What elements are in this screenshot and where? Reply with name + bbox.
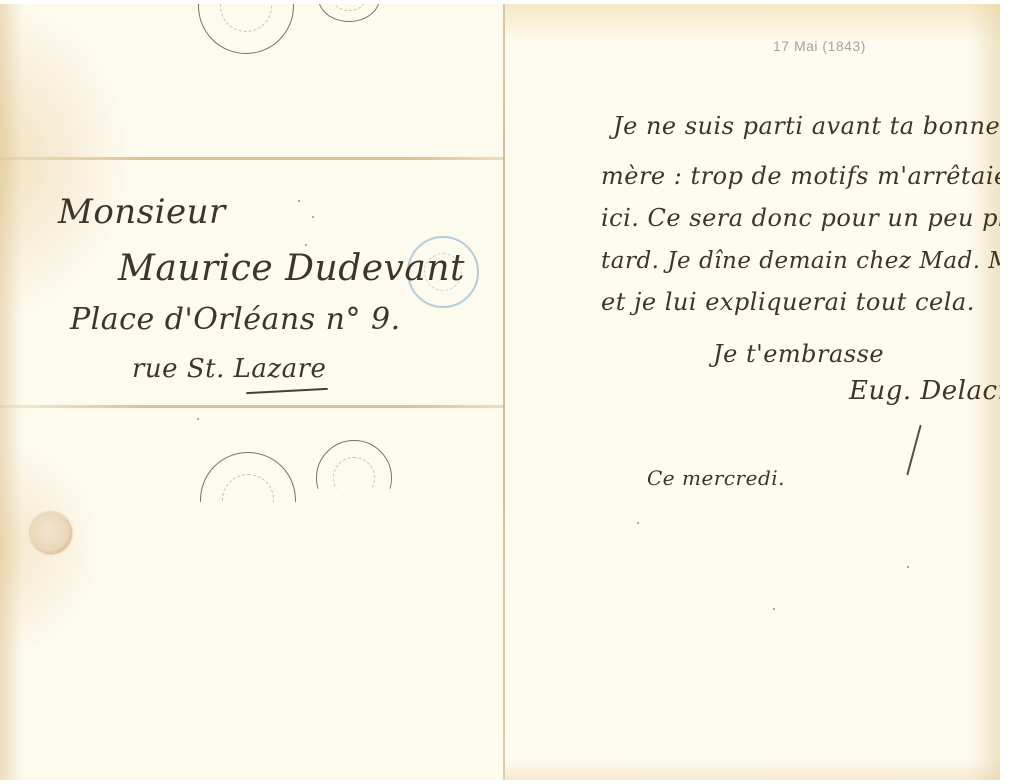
ink-speck: [305, 244, 307, 246]
letter-body-line-1: Je ne suis parti avant ta bonne: [613, 112, 1000, 140]
address-underline: [246, 388, 328, 394]
address-line-district: rue St. Lazare: [132, 354, 326, 384]
address-leaf: Monsieur Maurice Dudevant Place d'Orléan…: [0, 4, 505, 780]
letter-closing: Je t'embrasse: [713, 340, 884, 368]
letter-body-line-5: et je lui expliquerai tout cela.: [601, 288, 975, 316]
address-line-salutation: Monsieur: [58, 192, 226, 232]
ink-speck: [907, 566, 909, 568]
letter-body-line-4: tard. Je dîne demain chez Mad. Marliani: [601, 248, 1000, 274]
postmark-icon: [316, 440, 392, 516]
fold-line: [0, 405, 505, 408]
ink-speck: [773, 608, 775, 610]
signature-flourish: [906, 425, 921, 476]
ink-speck: [197, 418, 199, 420]
letter-body-line-3: ici. Ce sera donc pour un peu plus: [601, 204, 1000, 232]
ink-speck: [298, 200, 300, 202]
letter-dateline: Ce mercredi.: [647, 466, 785, 490]
archival-date: 17 Mai (1843): [773, 38, 866, 54]
fold-line: [0, 157, 505, 160]
letter-page: 17 Mai (1843) Je ne suis parti avant ta …: [505, 4, 1000, 780]
address-line-street: Place d'Orléans n° 9.: [70, 302, 401, 337]
ink-speck: [312, 216, 314, 218]
wax-seal-stain: [30, 512, 72, 554]
ink-speck: [637, 522, 639, 524]
address-line-recipient: Maurice Dudevant: [118, 248, 465, 289]
letter-scan: Monsieur Maurice Dudevant Place d'Orléan…: [0, 4, 1000, 780]
letter-body-line-2: mère : trop de motifs m'arrêtaient: [601, 162, 1000, 190]
postmark-icon: [198, 4, 294, 54]
postmark-icon: [318, 4, 380, 22]
postmark-icon: [200, 452, 296, 548]
letter-signature: Eug. Delacroix: [849, 376, 1000, 406]
